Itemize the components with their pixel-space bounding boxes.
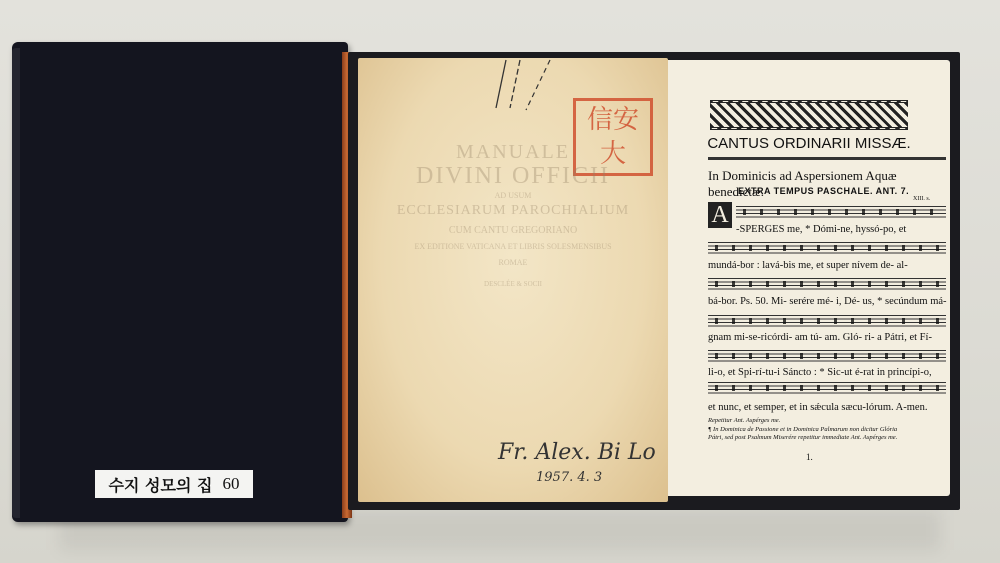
faded-title-line: ECCLESIARUM PAROCHIALIUM xyxy=(358,203,668,219)
right-page-chant: CANTUS ORDINARII MISSÆ. In Dominicis ad … xyxy=(668,60,950,496)
label-text: 수지 성모의 집 xyxy=(109,473,213,496)
lyric-line: bá-bor. Ps. 50. Mi- serére mé- i, Dé- us… xyxy=(708,296,947,307)
chant-mode: XIII. s. xyxy=(913,196,930,202)
handwritten-date: 1957. 4. 3 xyxy=(536,470,602,485)
book-spine-edge xyxy=(12,48,20,518)
music-staff xyxy=(708,242,946,256)
drop-capital: A xyxy=(708,202,732,228)
closed-black-book xyxy=(12,42,348,522)
music-staff xyxy=(708,350,946,364)
music-staff xyxy=(708,278,946,292)
decorative-header-band xyxy=(710,100,908,130)
title-rule xyxy=(708,157,946,160)
faded-title-line: DIVINI OFFICII xyxy=(358,163,668,190)
music-staff xyxy=(736,206,946,220)
lyric-line: et nunc, et semper, et in sǽcula sæcu-ló… xyxy=(708,402,927,413)
faded-title-line: ROMAE xyxy=(358,258,668,267)
lyric-line: gnam mi-se-ricórdi- am tú- am. Gló- ri- … xyxy=(708,332,932,343)
faded-title-line: CUM CANTU GREGORIANO xyxy=(358,225,668,236)
page-number: 1. xyxy=(806,452,813,462)
label-number: 60 xyxy=(222,474,239,494)
page-title: CANTUS ORDINARII MISSÆ. xyxy=(668,135,950,152)
book-label: 수지 성모의 집 60 xyxy=(95,470,253,498)
lyric-line: -SPERGES me, * Dómi-ne, hyssó-po, et xyxy=(736,224,906,235)
faded-title-line: AD USUM xyxy=(358,191,668,200)
music-staff xyxy=(708,382,946,396)
left-page-title-page: 信安大 MANUALE DIVINI OFFICII AD USUM ECCLE… xyxy=(358,58,668,502)
rubric: Repetitur Ant. Aspérges me. xyxy=(708,417,780,424)
chant-subheading: EXTRA TEMPUS PASCHALE. ANT. 7. xyxy=(738,186,909,196)
handwritten-signature: Fr. Alex. Bi Lo xyxy=(498,440,656,465)
rubric: Pátri, sed post Psalmum Miserére repetit… xyxy=(708,434,897,441)
pen-strokes-icon xyxy=(488,58,568,113)
faded-title-line: MANUALE xyxy=(358,141,668,164)
music-staff xyxy=(708,315,946,329)
faded-title-line: DESCLÉE & SOCII xyxy=(358,280,668,288)
faded-title-line: EX EDITIONE VATICANA ET LIBRIS SOLESMENS… xyxy=(358,242,668,251)
lyric-line: li-o, et Spi-rí-tu-i Sáncto : * Sic-ut é… xyxy=(708,367,932,378)
lyric-line: mundá-bor : lavá-bis me, et super nívem … xyxy=(708,260,908,271)
rubric: ¶ In Dominica de Passione et in Dominica… xyxy=(708,426,897,433)
